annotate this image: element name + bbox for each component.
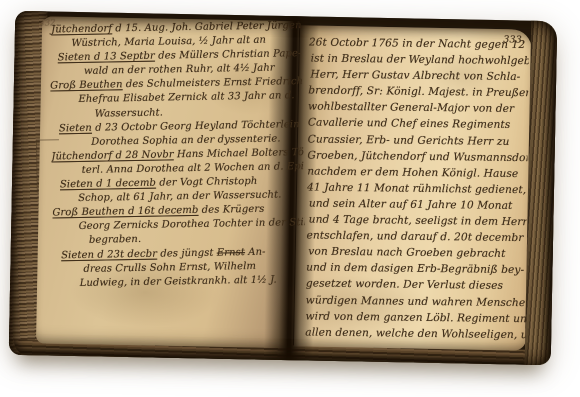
handwriting-text: und sein Alter auf 61 Jahre 10 Monat [309,197,513,211]
handwriting-text: begraben. [89,234,141,246]
handwriting-text: allen denen, welche den Wohlseeligen, un… [305,326,529,341]
handwriting-text: Groeben, Jütchendorf und Wusmannsdorf, [307,149,529,164]
handwriting-text: des Krügers [198,204,264,216]
handwriting-text: Curassier, Erb- und Gerichts Herr zu [307,133,509,147]
handwriting-text: Herr, Herr Gustav Albrecht von Schla- [310,69,520,84]
left-page-handwriting: Jütchendorf d 15. Aug. Joh. Gabriel Pete… [49,19,306,323]
handwriting-text: wald an der rothen Ruhr, alt 4½ Jahr [84,63,275,77]
manuscript-photo: 332. 333. Jütchendorf d 15. Aug. Joh. Ga… [0,0,580,397]
handwriting-text: nachdem er dem Hohen Königl. Hause [307,165,518,180]
handwriting-line: gesetzet worden. Der Verlust dieses [306,276,526,295]
handwriting-text: Wüstrich, Maria Louisa, ½ Jahr alt an [71,35,266,49]
handwriting-text: des Schulmeisters Ernst Friedrich Nesse [122,76,306,91]
handwriting-text: Ehefrau Elisabet Zernick alt 33 Jahr an … [78,91,294,106]
handwriting-text: und in dem dasigen Erb-Begräbniß bey- [306,262,524,277]
entry-place-date: Sieten d 13 Septbr [58,51,155,64]
handwriting-text: d 15. Aug. Joh. Gabriel Peter Jürgen- [112,20,305,34]
entry-place-date: Jütchendorf d 28 Novbr [51,149,173,162]
right-page-handwriting: 26t Octobr 1765 in der Nacht gegen 12 Uh… [305,34,529,355]
handwriting-text: terl. Anna Dorothea alt 2 Wochen an d. E… [82,160,307,175]
handwriting-text: des Müllers Christian Pape- [155,48,302,62]
handwriting-text: gesetzet worden. Der Verlust dieses [306,278,503,292]
handwriting-text: brendorff, Sr: Königl. Majest. in Preuße… [308,85,529,100]
handwriting-text: Cavallerie und Chef eines Regiments [308,117,511,131]
entry-place-date: Groß Beuthen [50,80,123,92]
open-book: 332. 333. Jütchendorf d 15. Aug. Joh. Ga… [9,11,558,365]
entry-place-date: Sieten d 23t decbr [61,248,157,261]
handwriting-text: dreas Crulls Sohn Ernst, Wilhelm [83,260,256,274]
handwriting-text: Georg Zernicks Dorothea Tochter in der S… [79,217,307,232]
handwriting-text: An- [245,246,266,257]
handwriting-text: der Vogt Christoph [156,176,258,189]
handwriting-text: wird von dem ganzen Löbl. Regiment und v… [305,310,529,325]
handwriting-text: Ludwieg, in der Geistkrankh. alt 1½ J. [80,274,277,288]
handwriting-text: Hans Michael Bolters Töch- [174,147,307,161]
handwriting-text: von Breslau nach Groeben gebracht [308,246,505,260]
handwriting-text: ist in Breslau der Weyland hochwohlgeboh… [310,53,529,68]
handwriting-text: Ernst [217,247,245,258]
handwriting-text: wohlbestallter General-Major von der [308,101,514,116]
entry-place-date: Sieten [59,122,92,134]
handwriting-line: Ludwieg, in der Geistkrankh. alt 1½ J. [80,273,306,291]
handwriting-text: des jüngst [157,247,217,259]
handwriting-text: Schop, alt 61 Jahr, an der Wassersucht. [78,190,281,205]
entry-place-date: Jütchendorf [51,23,112,35]
handwriting-text: entschlafen, und darauf d. 20t decembr [306,230,523,245]
handwriting-text: würdigen Mannes und wahren Menschen Freu… [305,294,529,309]
handwriting-text: Dorothea Sophia an der dyssenterie. [91,133,281,147]
handwriting-text: 41 Jahre 11 Monat rühmlichst gedienet, [307,181,526,196]
handwriting-text: und 4 Tage bracht, seeligst in dem Herrn [308,214,529,229]
handwriting-text: Wassersucht. [95,107,164,119]
page-stack-right-edge [525,21,558,365]
handwriting-text: d 23 Octobr Georg Heyland Töchterlein [92,119,300,134]
handwriting-line: allen denen, welche den Wohlseeligen, un… [305,324,525,343]
entry-place-date: Groß Beuthen d 16t decemb [52,205,198,219]
handwriting-text: 26t Octobr 1765 in der Nacht gegen 12 Uh… [309,36,529,51]
entry-place-date: Sieten d 1 decemb [60,178,156,191]
